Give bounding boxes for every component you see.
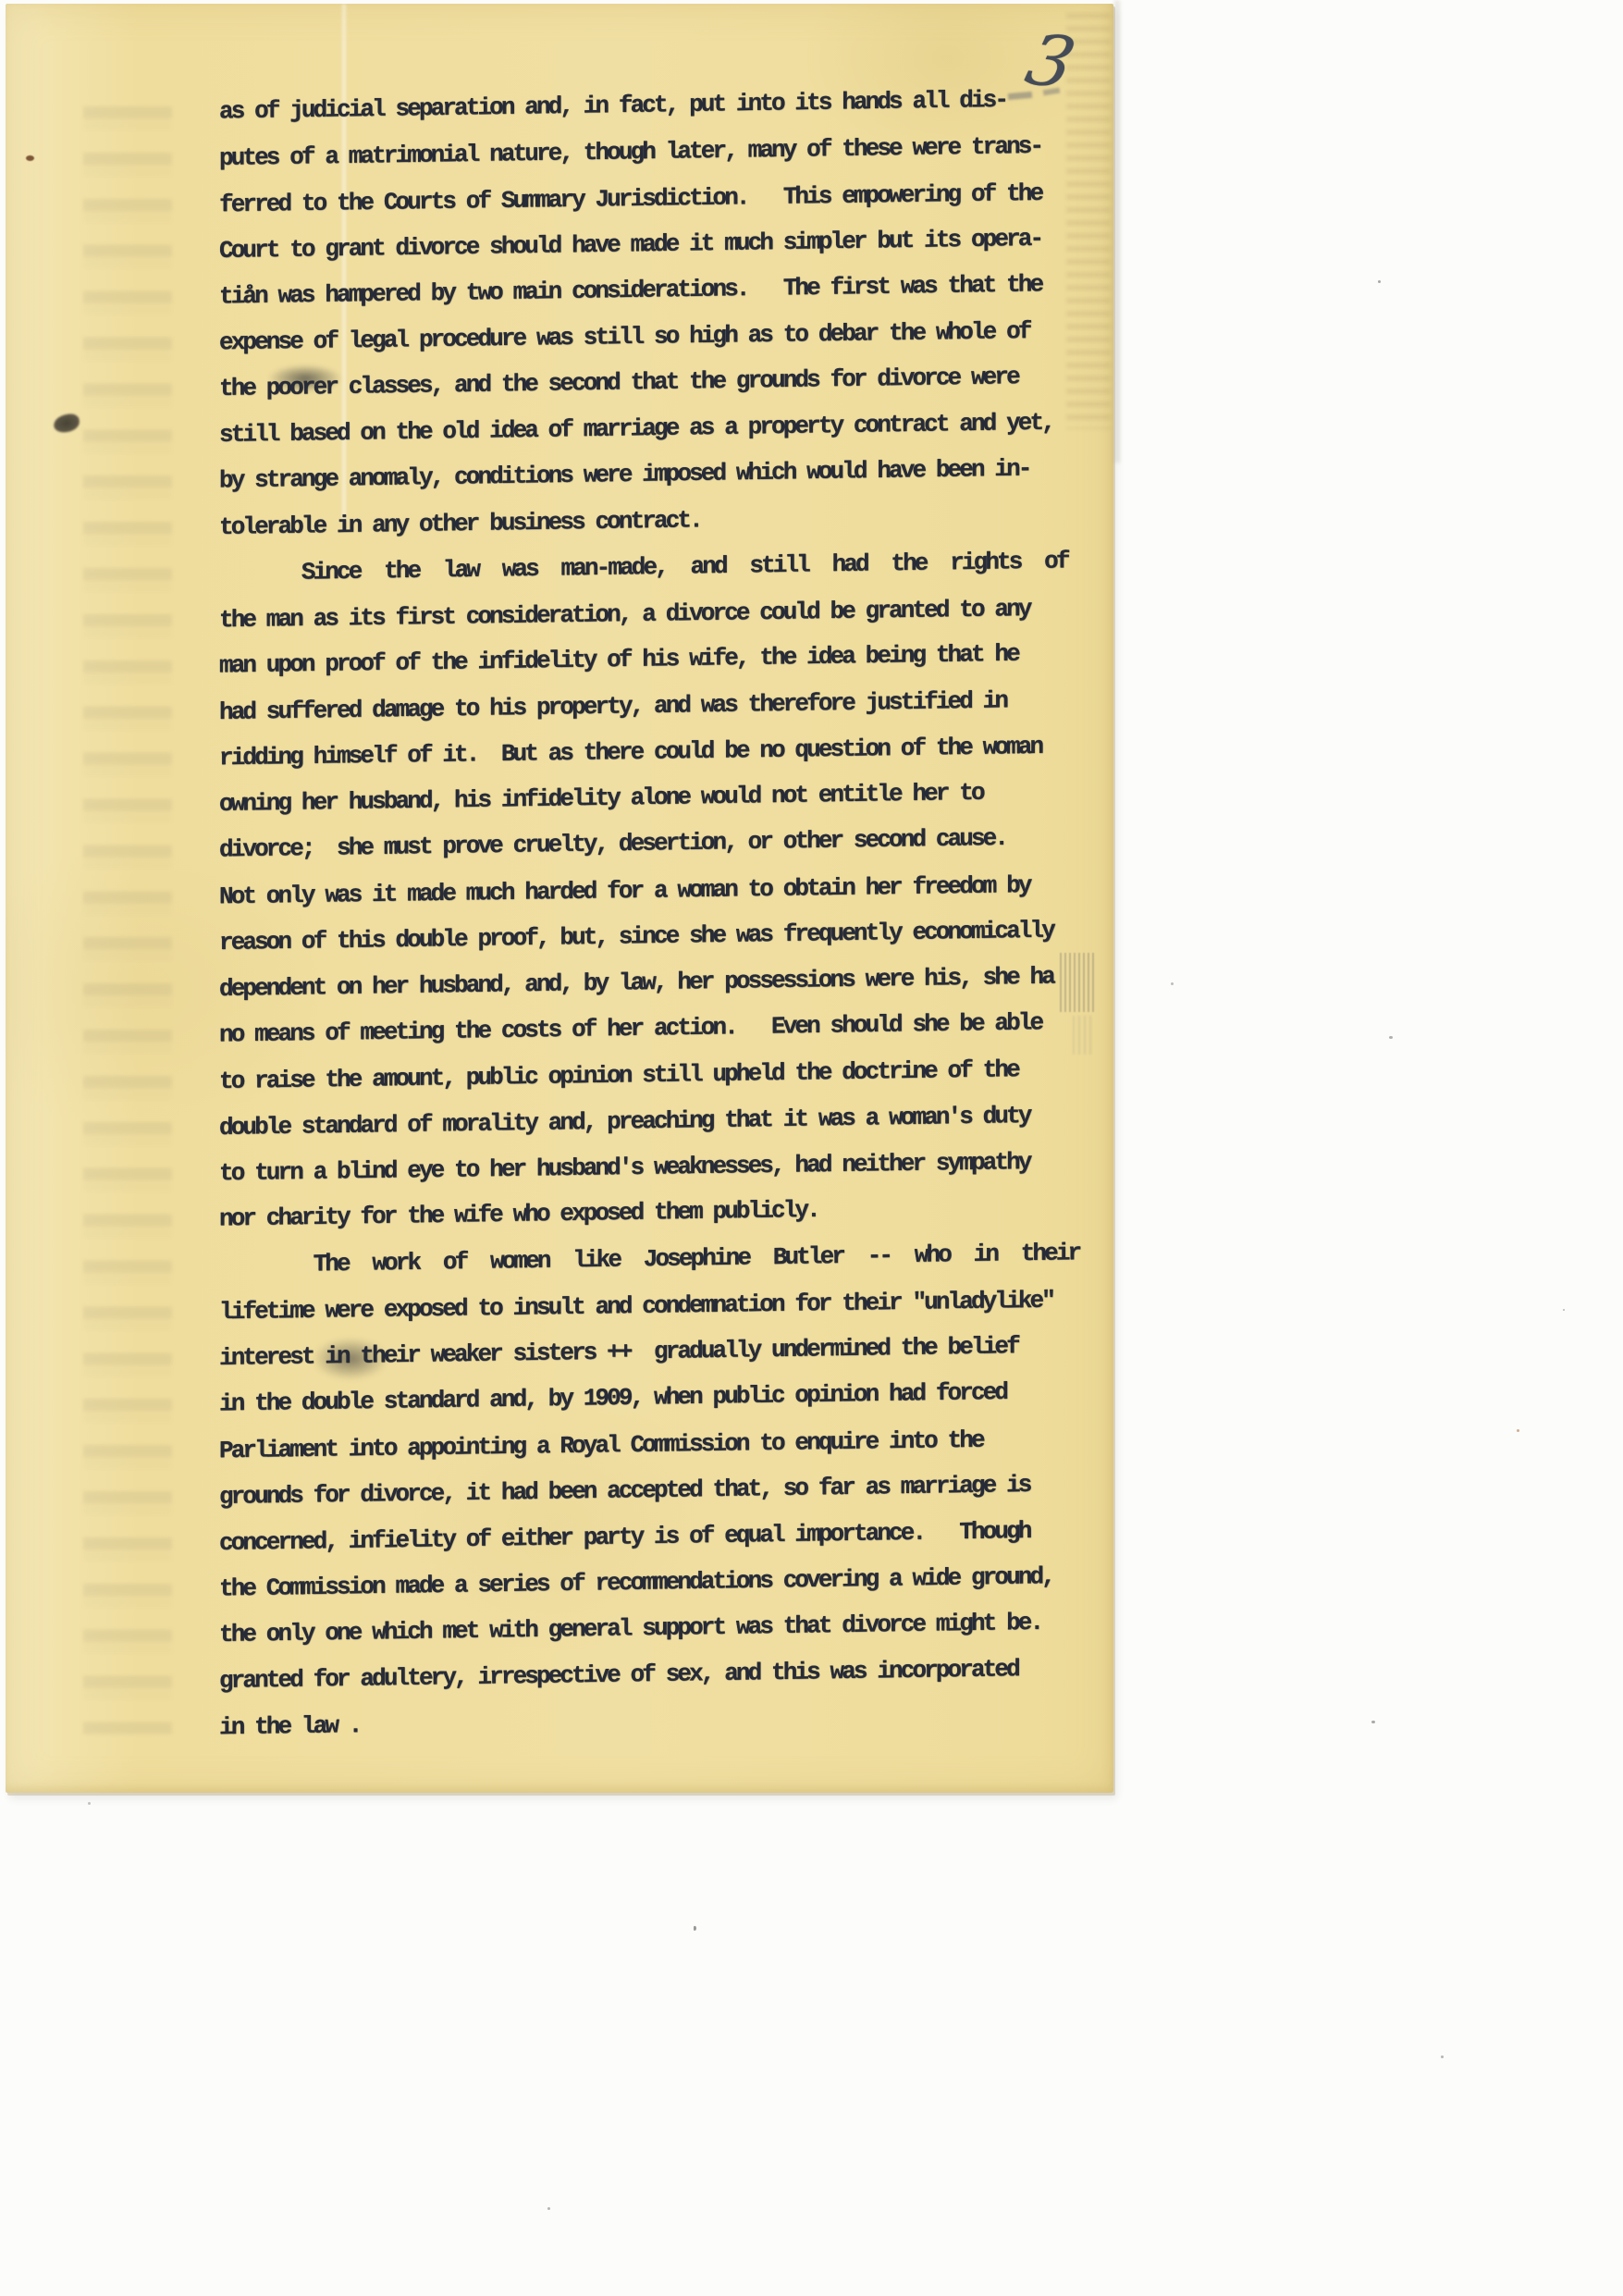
dust-speck xyxy=(88,1802,91,1805)
dust-speck xyxy=(694,1926,696,1931)
dust-speck xyxy=(1378,280,1381,283)
scanned-document-page: { "page_number": "3", "colors": { "paper… xyxy=(0,0,1623,2296)
dust-speck xyxy=(1441,2055,1444,2058)
dust-speck xyxy=(1517,1429,1519,1432)
dust-speck xyxy=(547,2207,550,2210)
dust-speck xyxy=(1371,1721,1375,1723)
paper-edge-shadow xyxy=(1114,0,1120,463)
dust-speck xyxy=(1563,1309,1565,1311)
typed-text: as of judicial separation and, in fact, … xyxy=(219,77,1107,1751)
dust-speck xyxy=(1171,982,1174,985)
dust-speck xyxy=(1389,1036,1393,1039)
